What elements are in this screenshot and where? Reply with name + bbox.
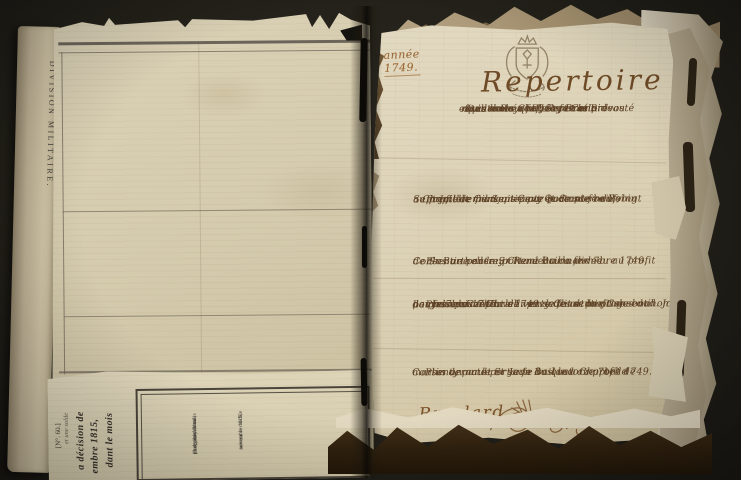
year-annotation-text: année 1749. xyxy=(383,47,420,77)
torn-hole xyxy=(340,25,362,41)
small-print-line: ils de auront cru xyxy=(192,419,199,455)
gutter-gap xyxy=(362,226,367,268)
paper-crease xyxy=(374,278,666,279)
manuscript-line: de Sr Barthellemy Cherueau du dix 7bre 1… xyxy=(413,254,648,269)
paper-crease xyxy=(373,348,665,354)
manuscript-line: quarante neuf, xyxy=(469,101,543,117)
form-left-rule xyxy=(61,52,65,374)
right-page-manuscript: année 1749. Repertoire Des actes que Jea… xyxy=(369,19,674,445)
underlying-printed-page-fragment: [N°. 60.] et une solde a décision de emb… xyxy=(47,366,371,480)
printed-edge-fragment: et une solde xyxy=(62,384,71,444)
manuscript-line: martin dernault et sa fe du quatorze 7br… xyxy=(412,365,652,379)
small-print-column: suivant le modèle novembre 1815, xyxy=(238,401,253,449)
printed-italic-fragment: dant le mois xyxy=(104,395,118,467)
form-row-rule-1 xyxy=(63,209,372,213)
manuscript-line: douze 7bre 1749. xyxy=(413,298,500,312)
printed-italic-fragment: embre 1815, xyxy=(89,400,102,474)
page-title: Repertoire xyxy=(481,65,664,98)
form-top-rule-thin xyxy=(58,50,370,54)
manuscript-line: Sept Juillet mil Sept Cent Quarante neuf… xyxy=(413,192,619,208)
overlapping-page-corner xyxy=(648,326,688,402)
paper-stain xyxy=(179,71,269,118)
gutter-gap xyxy=(361,358,368,406)
paper-stain xyxy=(259,161,380,222)
paper-crease xyxy=(375,157,667,163)
form-row-rule-2 xyxy=(64,314,373,318)
archival-book-photograph: DIVISION MILITAIRE. [N°. 60.] et une sol… xyxy=(0,0,741,480)
gutter-gap xyxy=(359,38,367,122)
printed-italic-fragment: a décision de xyxy=(75,390,88,470)
small-print-column: plus grand détail, onne; ils y ont une p… xyxy=(192,400,220,454)
form-top-rule-thick xyxy=(58,40,370,46)
small-print-line: novembre 1815, xyxy=(238,414,245,450)
